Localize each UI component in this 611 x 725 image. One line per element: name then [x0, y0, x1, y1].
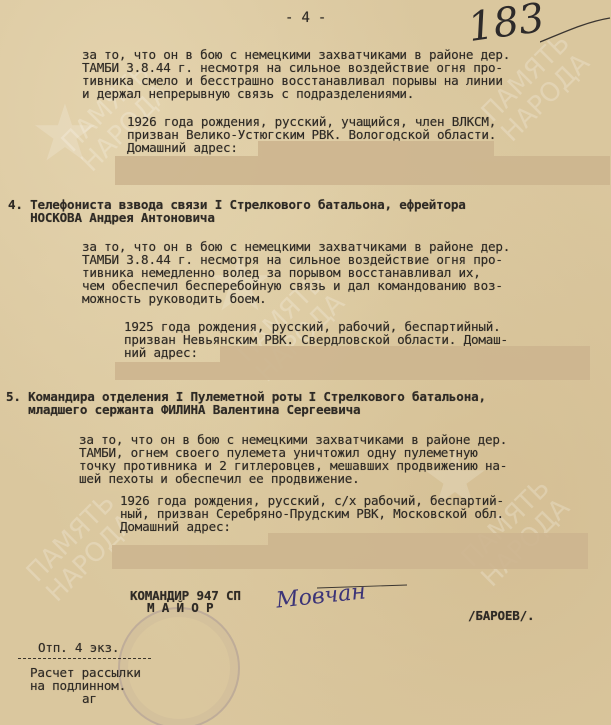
signatory-name: /БАРОЕВ/.: [468, 609, 534, 622]
archival-document-page: ★ ПАМЯТЬ НАРОДА ★ ПАМЯТЬ НАРОДА ★ ПАМЯТЬ…: [0, 0, 611, 725]
distribution-line: аг: [82, 692, 97, 705]
entry5-heading-line: младшего сержанта ФИЛИНА Валентина Серге…: [6, 403, 360, 416]
entry5-citation-line: шей пехоты и обеспечил ее продвижение.: [79, 472, 360, 485]
watermark-star-icon: ★: [30, 95, 100, 173]
dashed-divider: [18, 658, 151, 659]
handwritten-folio-number: 183: [465, 0, 547, 51]
redacted-address: [258, 141, 494, 156]
signature-underline-icon: [315, 582, 410, 594]
copies-note: Отп. 4 экз.: [38, 641, 119, 654]
redacted-address: [115, 156, 610, 185]
entry4-heading-line: НОСКОВА Андрея Антоновича: [8, 211, 215, 224]
handwritten-stroke-icon: [540, 14, 611, 44]
entry4-citation-line: можность руководить боем.: [82, 292, 267, 305]
redacted-address: [268, 533, 588, 569]
redacted-address: [112, 545, 268, 569]
entry3-citation-line: и держал непрерывную связь с подразделен…: [82, 87, 414, 100]
page-number: - 4 -: [285, 12, 326, 25]
redacted-address: [220, 346, 590, 380]
entry3-bio-line: Домашний адрес:: [127, 141, 238, 154]
signatory-rank: М А Й О Р: [147, 601, 213, 614]
entry4-bio-line: ний адрес:: [124, 346, 198, 359]
entry5-bio-line: Домашний адрес:: [120, 520, 231, 533]
distribution-line: на подлинном.: [30, 679, 126, 692]
redacted-address: [115, 362, 220, 380]
